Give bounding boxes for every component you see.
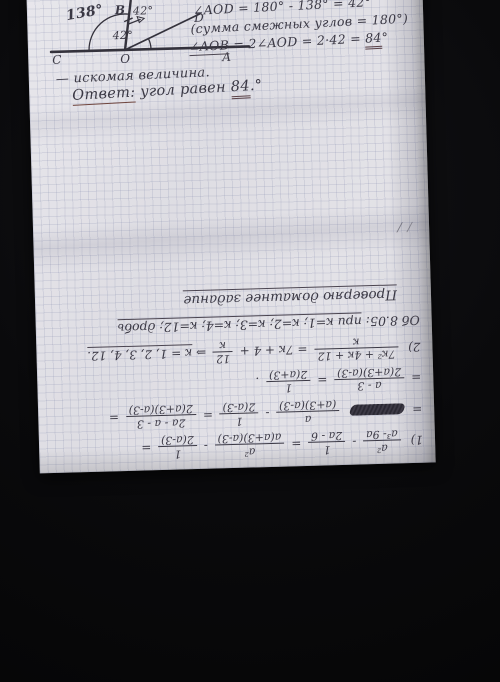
angle-42-upper-label: 42°	[133, 4, 154, 18]
fraction: а - 32(а+3)(а-3)	[334, 364, 405, 392]
numerator: а - 3	[334, 378, 405, 393]
crossed-out-scribble	[349, 403, 406, 416]
algebra-problem-2-line: 2) 7к² + 4к + 12к = 7к + 4 + 12к ⇒ к = 1…	[46, 333, 421, 370]
equals-sign: =	[317, 373, 327, 387]
fraction: а²а(а+3)(а-3)	[214, 430, 284, 458]
equals-sign: =	[141, 441, 151, 455]
numerator: 1	[266, 381, 311, 395]
problem-2-answer: к = 1, 2, 3, 4, 12.	[87, 344, 192, 363]
fraction: 12(а-3)	[158, 433, 198, 460]
fraction: 12(а-3)	[219, 400, 259, 427]
task-reference: Об 8.05:	[366, 313, 420, 329]
numerator: а²	[215, 444, 285, 459]
answer-degree: .°	[249, 78, 262, 95]
algebra-step-2-line: = а(а+3)(а-3) - 12(а-3) = 2а - а - 32(а+…	[48, 395, 423, 432]
point-b-label: B	[115, 3, 126, 17]
fraction: 2а - а - 32(а+3)(а-3)	[125, 401, 196, 429]
algebra-step-3-line: = а - 32(а+3)(а-3) = 12(а+3) .	[47, 364, 422, 401]
minus-sign: -	[204, 439, 208, 453]
task-conditions: при к=1; к=2; к=3; к=4; к=12; дробь	[117, 312, 362, 336]
homework-title-line: Проверяю домашнее задание	[45, 286, 397, 312]
arc-42	[148, 39, 151, 50]
numerator: 1	[158, 446, 197, 460]
denominator: а³- 9а	[363, 427, 401, 442]
homework-title: Проверяю домашнее задание	[183, 284, 397, 308]
equals-sign: =	[291, 436, 301, 450]
denominator: а(а+3)(а-3)	[214, 430, 284, 446]
fraction: 12(а+3)	[266, 367, 311, 395]
fraction: 12а - 6	[308, 429, 346, 456]
equals-sign: =	[412, 402, 422, 416]
result-84: 84	[365, 30, 382, 50]
point-o-label: O	[120, 52, 131, 66]
numerator: 1	[220, 413, 259, 427]
fraction: а²а³- 9а	[363, 427, 401, 454]
equation-middle: = 7к + 4 +	[236, 342, 308, 358]
answer-value: 84	[230, 78, 250, 99]
notebook-page: 138° B 42° D 42° C O A ∠AOD = 180° - 138…	[26, 0, 435, 473]
answer-label: Ответ:	[72, 84, 136, 105]
implies-arrow: ⇒	[196, 345, 206, 359]
denominator: к	[213, 338, 233, 352]
point-c-label: C	[52, 53, 62, 67]
denominator: 2(а-3)	[219, 400, 258, 415]
fraction: а(а+3)(а-3)	[276, 397, 340, 425]
minus-sign: -	[352, 435, 356, 449]
stray-mark	[396, 222, 412, 232]
numerator: 7к² + 4к + 12	[314, 347, 398, 362]
equals-sign: =	[411, 371, 421, 385]
angle-42-lower-label: 42°	[112, 29, 133, 43]
fraction: 12к	[213, 338, 234, 365]
upside-down-work: 1) а²а³- 9а - 12а - 6 = а²а(а+3)(а-3) - …	[44, 257, 423, 463]
numerator: 2а - а - 3	[126, 415, 197, 430]
denominator: 2(а-3)	[158, 433, 197, 448]
angle-aob-term: ∠AOB	[189, 37, 230, 56]
denominator: 2(а+3)(а-3)	[334, 364, 405, 380]
period: .	[255, 375, 259, 389]
algebra-problem-1-line: 1) а²а³- 9а - 12а - 6 = а²а(а+3)(а-3) - …	[49, 426, 424, 463]
minus-sign: -	[265, 406, 269, 420]
denominator: (а+3)(а-3)	[276, 397, 340, 412]
fraction: 7к² + 4к + 12к	[314, 333, 399, 362]
numerator: а²	[363, 441, 401, 455]
numerator: 1	[308, 442, 346, 456]
denominator: 2(а+3)(а-3)	[125, 401, 196, 417]
problem-1-label: 1)	[411, 433, 424, 447]
equals-sign: =	[109, 410, 119, 424]
numerator: а	[276, 411, 340, 425]
equals-sign: =	[203, 408, 213, 422]
denominator: 2а - 6	[308, 429, 346, 444]
degree-sign: °	[381, 29, 388, 44]
numerator: 12	[213, 352, 233, 365]
problem-2-label: 2)	[408, 339, 421, 353]
denominator: 2(а+3)	[266, 367, 311, 382]
